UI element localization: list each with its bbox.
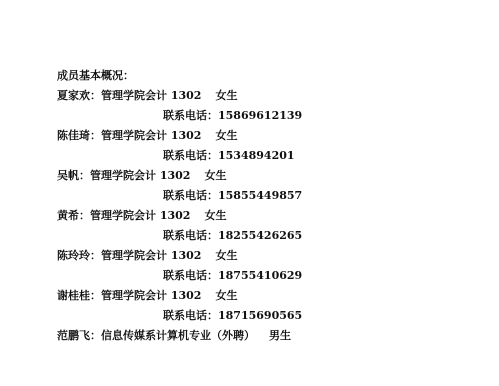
member-phone-line: 联系电话：1534894201: [57, 146, 487, 166]
member-phone-line: 联系电话：18755410629: [57, 266, 487, 286]
phone-label: 联系电话：: [163, 149, 218, 162]
phone-label: 联系电话：: [163, 309, 218, 322]
member-phone-line: 联系电话：15869612139: [57, 106, 487, 126]
member-affiliation: 管理学院会计 1302: [101, 129, 201, 142]
member-gender: 女生: [215, 289, 237, 302]
member-line: 谢桂桂：管理学院会计 1302女生: [57, 286, 487, 306]
section-heading: 成员基本概况：: [57, 66, 487, 86]
member-gender: 女生: [215, 89, 237, 102]
member-name: 夏家欢: [57, 89, 90, 102]
member-line: 吴帆：管理学院会计 1302女生: [57, 166, 487, 186]
member-affiliation: 信息传媒系计算机专业（外聘）: [101, 329, 255, 342]
document-body: 成员基本概况： 夏家欢：管理学院会计 1302女生 联系电话：158696121…: [57, 66, 487, 346]
member-affiliation: 管理学院会计 1302: [101, 89, 201, 102]
member-name: 陈佳琦: [57, 129, 90, 142]
phone-number: 15855449857: [218, 189, 302, 202]
member-line: 陈玲玲：管理学院会计 1302女生: [57, 246, 487, 266]
phone-label: 联系电话：: [163, 229, 218, 242]
member-gender: 男生: [269, 329, 291, 342]
member-gender: 女生: [204, 169, 226, 182]
member-line: 夏家欢：管理学院会计 1302女生: [57, 86, 487, 106]
phone-label: 联系电话：: [163, 269, 218, 282]
member-name: 陈玲玲: [57, 249, 90, 262]
phone-number: 18715690565: [218, 309, 302, 322]
member-name: 吴帆: [57, 169, 79, 182]
member-gender: 女生: [215, 249, 237, 262]
phone-label: 联系电话：: [163, 189, 218, 202]
member-affiliation: 管理学院会计 1302: [90, 169, 190, 182]
member-affiliation: 管理学院会计 1302: [90, 209, 190, 222]
member-affiliation: 管理学院会计 1302: [101, 249, 201, 262]
phone-number: 18255426265: [218, 229, 302, 242]
member-name: 黄希: [57, 209, 79, 222]
phone-number: 1534894201: [218, 149, 295, 162]
phone-number: 15869612139: [218, 109, 302, 122]
member-line: 范鹏飞：信息传媒系计算机专业（外聘）男生: [57, 326, 487, 346]
member-name: 范鹏飞: [57, 329, 90, 342]
member-line: 陈佳琦：管理学院会计 1302女生: [57, 126, 487, 146]
phone-label: 联系电话：: [163, 109, 218, 122]
member-gender: 女生: [215, 129, 237, 142]
member-line: 黄希：管理学院会计 1302女生: [57, 206, 487, 226]
member-phone-line: 联系电话：15855449857: [57, 186, 487, 206]
member-phone-line: 联系电话：18255426265: [57, 226, 487, 246]
member-gender: 女生: [204, 209, 226, 222]
member-phone-line: 联系电话：18715690565: [57, 306, 487, 326]
member-affiliation: 管理学院会计 1302: [101, 289, 201, 302]
member-name: 谢桂桂: [57, 289, 90, 302]
phone-number: 18755410629: [218, 269, 302, 282]
